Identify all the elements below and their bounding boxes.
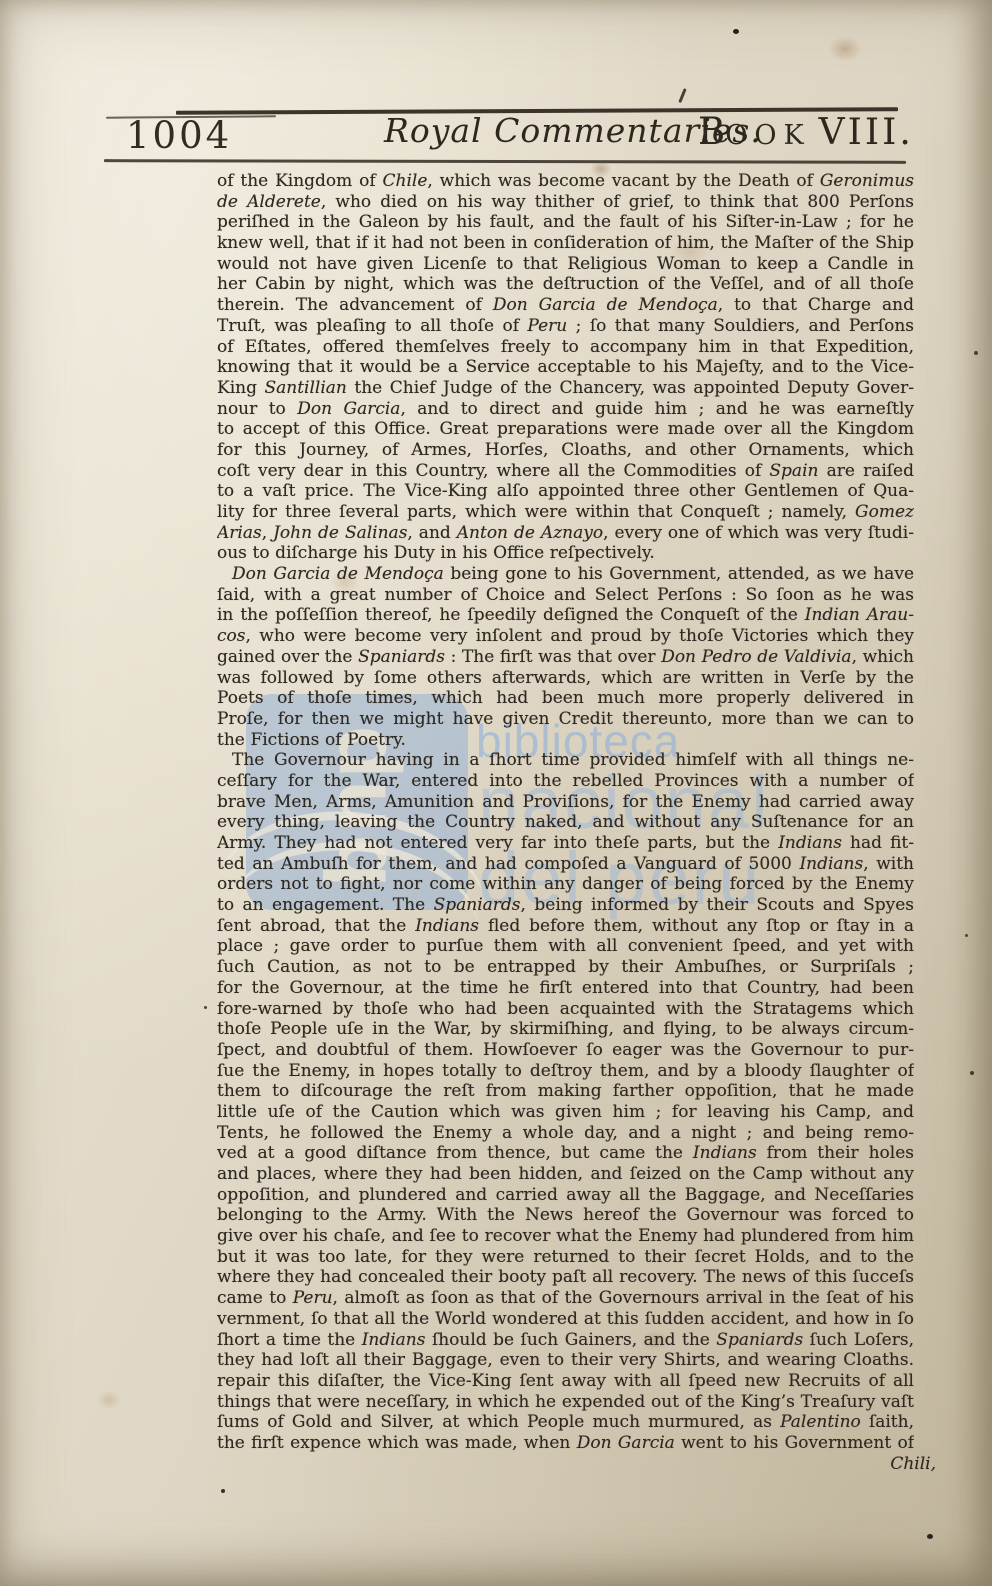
text-line: was followed by ſome others afterwards, …	[217, 668, 914, 689]
text-line: ved at a good diſtance from thence, but …	[217, 1143, 914, 1164]
text-line: but it was too late, for they were retur…	[217, 1247, 914, 1268]
text-line: The Governour having in a ſhort time pro…	[217, 750, 914, 771]
text-line: oppoſition, and plundered and carried aw…	[217, 1185, 914, 1206]
text-line: things that were neceſſary, in which he …	[217, 1392, 914, 1413]
text-line: would not have given Licenſe to that Rel…	[217, 254, 914, 275]
page-number: 1004	[126, 114, 232, 157]
ink-speck	[733, 29, 739, 34]
text-line: knew well, that if it had not been in co…	[217, 233, 914, 254]
text-line: them to diſcourage the reſt from making …	[217, 1081, 914, 1102]
text-line: to an engagement. The Spaniards, being i…	[217, 895, 914, 916]
text-line: brave Men, Arms, Amunition and Proviſion…	[217, 792, 914, 813]
text-line: lity for three ſeveral parts, which were…	[217, 502, 914, 523]
book-label-smallcaps: OOK	[725, 120, 810, 151]
text-line: coſt very dear in this Country, where al…	[217, 461, 914, 482]
book-label-numeral: VIII.	[819, 112, 914, 153]
text-line: repair this diſaſter, the Vice-King ſent…	[217, 1371, 914, 1392]
text-line: fore-warned by thoſe who had been acquai…	[217, 999, 914, 1020]
text-line: ſaid, with a great number of Choice and …	[217, 585, 914, 606]
text-line: ſums of Gold and Silver, at which People…	[217, 1412, 914, 1433]
text-line: Don Garcia de Mendoça being gone to his …	[217, 564, 914, 585]
text-line: ceſſary for the War, entered into the re…	[217, 771, 914, 792]
book-label-initial: B	[698, 110, 725, 153]
text-line: knowing that it would be a Service accep…	[217, 357, 914, 378]
text-line: Proſe, for then we might have given Cred…	[217, 709, 914, 730]
text-line: vernment, ſo that all the World wondered…	[217, 1309, 914, 1330]
paper-stain	[828, 36, 862, 62]
text-line: of Eſtates, offered themſelves freely to…	[217, 337, 914, 358]
text-line: ſue the Enemy, in hopes totally to deſtr…	[217, 1061, 914, 1082]
text-line: ſpect, and doubtful of them. Howſoever ſ…	[217, 1040, 914, 1061]
text-line: ted an Ambuſh for them, and had compoſed…	[217, 854, 914, 875]
text-line: Army. They had not entered very far into…	[217, 833, 914, 854]
header-rule-bottom	[104, 159, 906, 163]
text-line: for this Journey, of Armes, Horſes, Cloa…	[217, 440, 914, 461]
text-line: to accept of this Office. Great preparat…	[217, 419, 914, 440]
book-label: BOOKVIII.	[698, 110, 914, 153]
text-line: ſhort a time the Indians ſhould be ſuch …	[217, 1330, 914, 1351]
text-line: give over his chaſe, and ſee to recover …	[217, 1226, 914, 1247]
ink-speck	[970, 1071, 974, 1075]
text-line: nour to Don Garcia, and to direct and gu…	[217, 399, 914, 420]
text-line: came to Peru, almoſt as ſoon as that of …	[217, 1288, 914, 1309]
text-line: her Cabin by night, which was the deſtru…	[217, 274, 914, 295]
text-line: orders not to fight, nor come within any…	[217, 874, 914, 895]
text-line: belonging to the Army. With the News her…	[217, 1205, 914, 1226]
text-line: Arias, John de Salinas, and Anton de Azn…	[217, 523, 914, 544]
text-line: the firſt expence which was made, when D…	[217, 1433, 914, 1454]
catchword: Chili,	[217, 1454, 936, 1475]
text-line: thoſe People uſe in the War, by skirmiſh…	[217, 1019, 914, 1040]
text-line: cos, who were become very inſolent and p…	[217, 626, 914, 647]
text-line: periſhed in the Galeon by his fault, and…	[217, 212, 914, 233]
text-line: every thing, leaving the Country naked, …	[217, 812, 914, 833]
text-line: and places, where they had been hidden, …	[217, 1164, 914, 1185]
text-line: ſent abroad, that the Indians fled befor…	[217, 916, 914, 937]
text-line: the Fictions of Poetry.	[217, 730, 914, 751]
text-line: of the Kingdom of Chile, which was becom…	[217, 171, 914, 192]
paper-stain	[96, 1390, 122, 1410]
text-line: Tents, he followed the Enemy a whole day…	[217, 1123, 914, 1144]
text-line: therein. The advancement of Don Garcia d…	[217, 295, 914, 316]
text-line: de Alderete, who died on his way thither…	[217, 192, 914, 213]
ink-speck	[204, 1006, 207, 1009]
text-line: place ; gave order to purſue them with a…	[217, 936, 914, 957]
pen-mark	[678, 88, 686, 103]
ink-speck	[927, 1534, 933, 1539]
text-line: in the poſſeſſion thereof, he ſpeedily d…	[217, 605, 914, 626]
text-line: King Santillian the Chief Judge of the C…	[217, 378, 914, 399]
text-line: to a vaſt price. The Vice-King alſo appo…	[217, 481, 914, 502]
ink-speck	[965, 934, 968, 937]
text-line: ous to diſcharge his Duty in his Office …	[217, 543, 914, 564]
text-line: where they had concealed their booty paſ…	[217, 1267, 914, 1288]
ink-speck	[974, 351, 978, 355]
book-page-scan: 1004 Royal Commentaries. BOOKVIII. bnp b…	[0, 0, 992, 1586]
body-text: of the Kingdom of Chile, which was becom…	[217, 171, 914, 1475]
text-line: Poets of thoſe times, which had been muc…	[217, 688, 914, 709]
text-line: for the Governour, at the time he firſt …	[217, 978, 914, 999]
ink-speck	[221, 1489, 225, 1493]
text-line: ſuch Caution, as not to be entrapped by …	[217, 957, 914, 978]
text-line: Truſt, was pleaſing to all thoſe of Peru…	[217, 316, 914, 337]
text-line: little uſe of the Caution which was give…	[217, 1102, 914, 1123]
text-line: they had loſt all their Baggage, even to…	[217, 1350, 914, 1371]
text-line: gained over the Spaniards : The firſt wa…	[217, 647, 914, 668]
